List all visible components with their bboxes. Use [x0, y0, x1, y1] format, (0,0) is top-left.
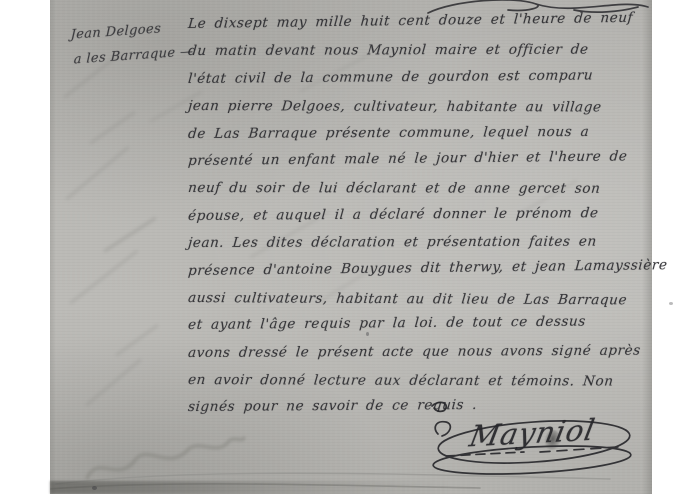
text-line: jean pierre Delgoes, cultivateur, habita… [187, 93, 657, 122]
text-line: l'état civil de la commune de gourdon es… [187, 62, 657, 93]
text-line: avons dressé le présent acte que nous av… [187, 337, 657, 367]
text-line: épouse, et auquel il a déclaré donner le… [187, 199, 657, 230]
bottom-edge-shadow [50, 481, 450, 494]
text-line: présence d'antoine Bouygues dit therwy, … [187, 252, 657, 285]
text-line: présenté un enfant male né le jour d'hie… [187, 143, 657, 175]
signature-name: Mayniol [467, 413, 599, 454]
paper-left-edge-shadow [50, 0, 56, 494]
ink-speck [669, 302, 673, 305]
text-line: et ayant l'âge requis par la loi. de tou… [187, 308, 657, 339]
ink-speck [92, 486, 97, 490]
scanned-register-page: Jean Delgoes a les Barraque — Le dixsept… [0, 0, 700, 494]
text-line: du matin devant nous Mayniol maire et of… [187, 37, 657, 66]
margin-note: Jean Delgoes a les Barraque — [69, 13, 205, 73]
ink-speck [366, 332, 369, 336]
text-line: Le dixsept may mille huit cent douze et … [187, 4, 657, 38]
act-body-text: Le dixsept may mille huit cent douze et … [188, 11, 656, 422]
ink-speck [301, 46, 304, 49]
